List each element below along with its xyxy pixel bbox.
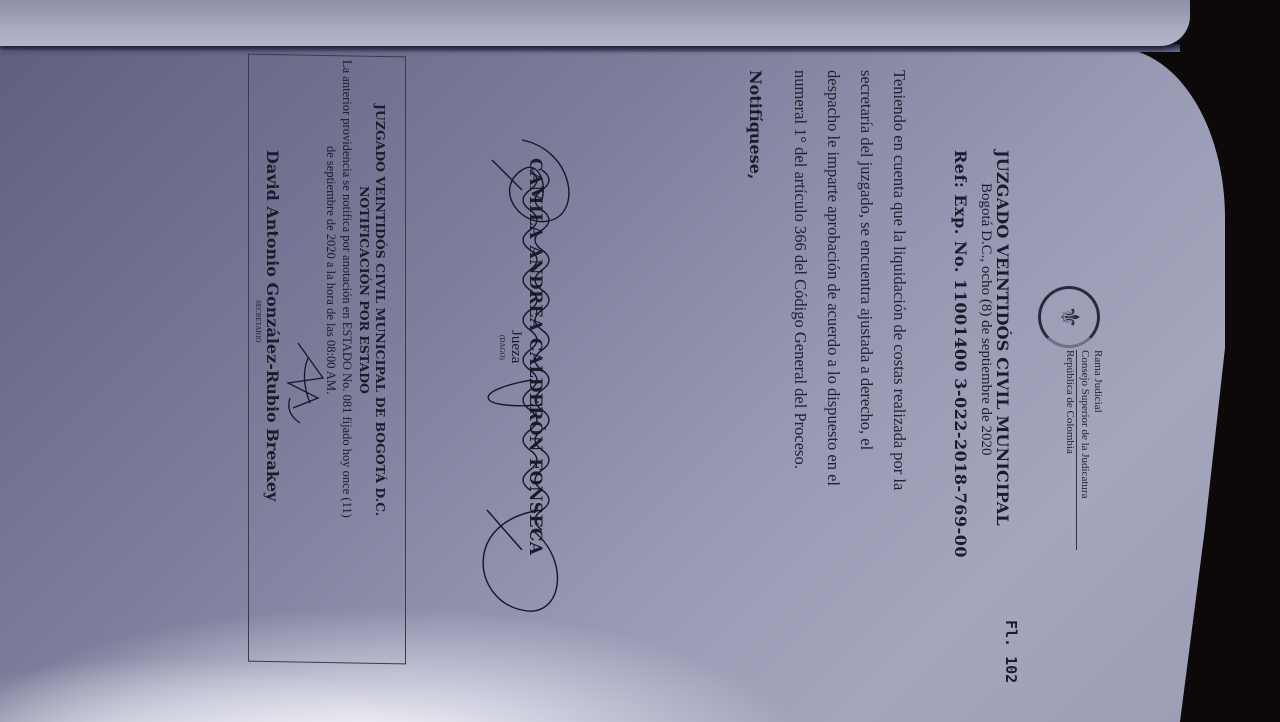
coat-of-arms-icon: ⚜ xyxy=(1038,286,1100,348)
closing-notifiquese: Notifíquese, xyxy=(746,70,765,179)
place-date: Bogotá D.C., ocho (8) de septiembre de 2… xyxy=(977,183,994,455)
divider xyxy=(1076,350,1077,550)
body-text: Teniendo en cuenta que la liquidación de… xyxy=(784,70,916,598)
court-name: JUZGADO VEINTIDÓS CIVIL MUNICIPAL xyxy=(993,150,1012,526)
document-content: ⚜ Rama Judicial Consejo Superior de la J… xyxy=(280,60,1000,670)
judge-name: CAMILA ANDREA CALDERÓN FONSECA xyxy=(525,158,545,555)
case-reference: Ref: Exp. No. 11001400 3-022-2018-769-00 xyxy=(951,150,970,558)
body-line: numeral 1° del artículo 366 del Código G… xyxy=(784,70,817,598)
institution-header: Rama Judicial Consejo Superior de la Jud… xyxy=(1063,350,1104,550)
notice-subtitle: NOTIFICACIÓN POR ESTADO xyxy=(357,186,372,394)
notice-title: JUZGADO VEINTIDÓS CIVIL MUNICIPAL DE BOG… xyxy=(373,104,388,516)
facing-page xyxy=(0,0,1190,46)
body-line: despacho le imparte aprobación de acuerd… xyxy=(817,70,850,598)
judge-signature xyxy=(462,130,582,650)
secretary-signature xyxy=(283,338,328,428)
judge-code: (DAGO) xyxy=(498,335,506,360)
body-line: secretaría del juzgado, se encuentra aju… xyxy=(850,70,883,598)
judge-role: Jueza xyxy=(507,330,524,363)
institution-line: Consejo Superior de la Judicatura xyxy=(1078,350,1091,550)
institution-line: Rama Judicial xyxy=(1091,350,1104,550)
secretary-name: David Antonio González-Rubio Breakey xyxy=(263,150,282,501)
folio-number: Fl. 102 xyxy=(1002,620,1020,683)
institution-line: República de Colombia xyxy=(1063,350,1076,550)
secretary-role: SECRETARIO xyxy=(254,300,262,343)
notice-text: La anterior providencia se notifica por … xyxy=(339,60,354,518)
body-line: Teniendo en cuenta que la liquidación de… xyxy=(883,70,916,598)
